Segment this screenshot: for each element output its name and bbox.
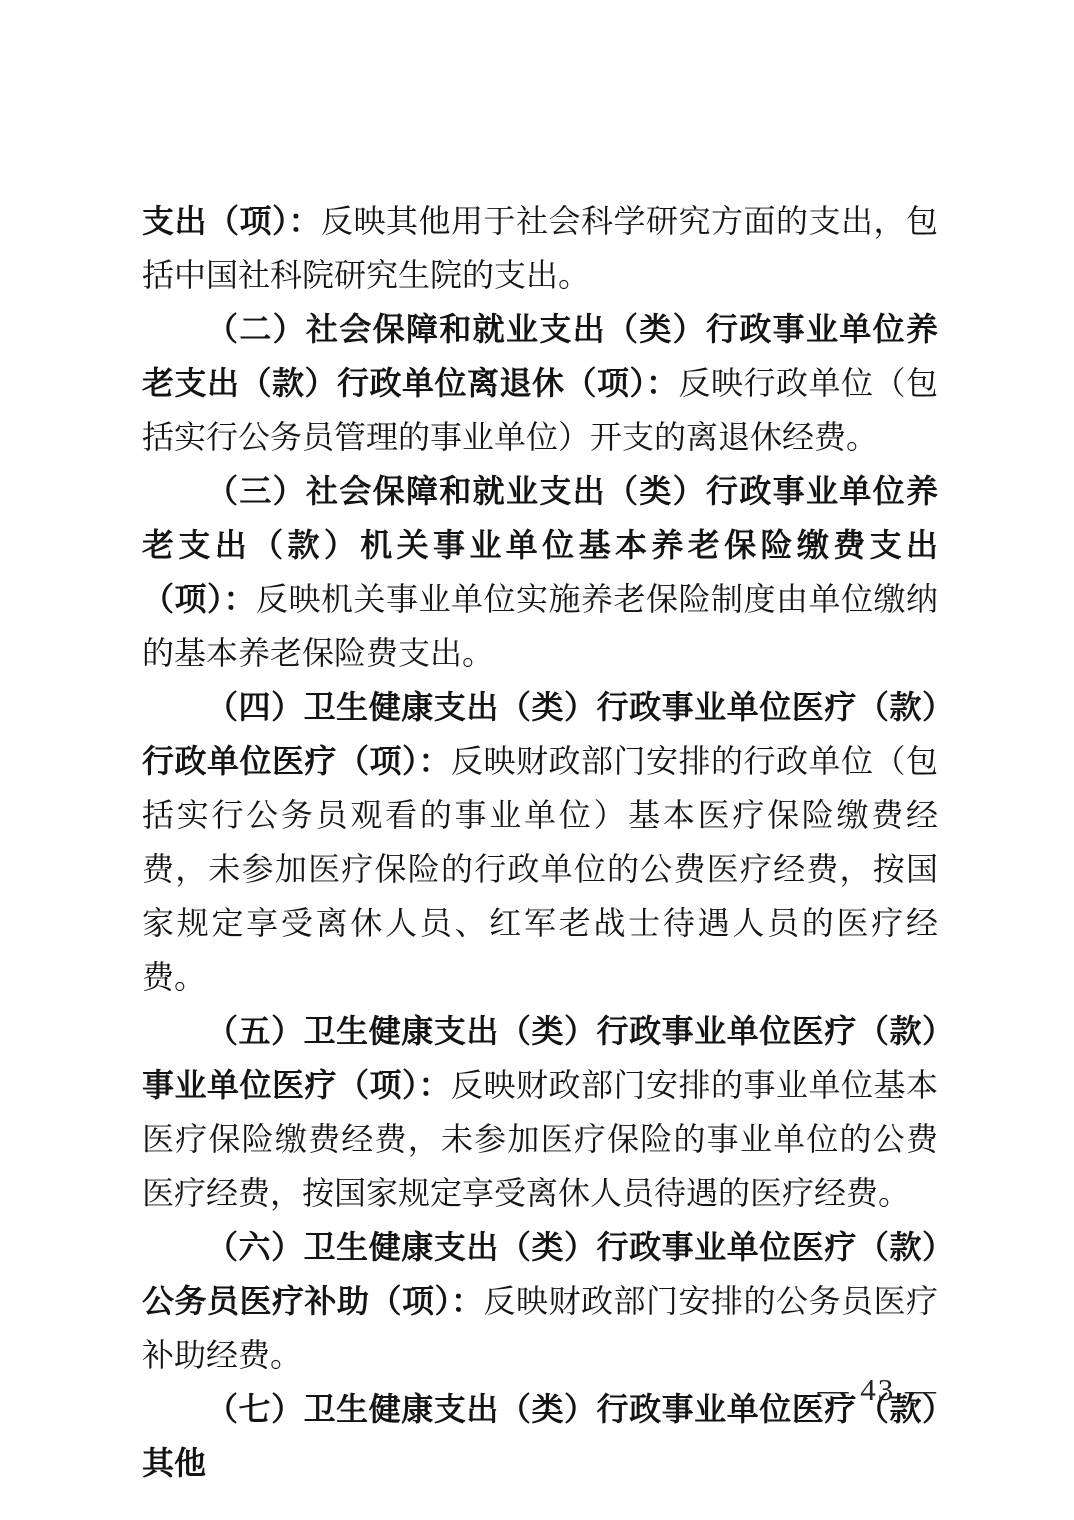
paragraph-body-text: 反映财政部门安排的行政单位（包括实行公务员观看的事业单位）基本医疗保险缴费经费，…: [142, 743, 938, 995]
paragraph-3: （三）社会保障和就业支出（类）行政事业单位养老支出（款）机关事业单位基本养老保险…: [142, 464, 938, 680]
paragraph-5: （五）卫生健康支出（类）行政事业单位医疗（款）事业单位医疗（项）：反映财政部门安…: [142, 1004, 938, 1220]
document-body: 支出（项）：反映其他用于社会科学研究方面的支出，包括中国社科院研究生院的支出。（…: [142, 194, 938, 1490]
page-footer: — 43 —: [142, 1370, 938, 1410]
paragraph-4: （四）卫生健康支出（类）行政事业单位医疗（款）行政单位医疗（项）：反映财政部门安…: [142, 680, 938, 1004]
paragraph-2: （二）社会保障和就业支出（类）行政事业单位养老支出（款）行政单位离退休（项）：反…: [142, 302, 938, 464]
paragraph-body-text: 反映机关事业单位实施养老保险制度由单位缴纳的基本养老保险费支出。: [142, 581, 938, 671]
paragraph-6: （六）卫生健康支出（类）行政事业单位医疗（款）公务员医疗补助（项）：反映财政部门…: [142, 1220, 938, 1382]
page-number: — 43 —: [818, 1372, 939, 1407]
paragraph-heading-text: 支出（项）：: [142, 203, 321, 239]
paragraph-1: 支出（项）：反映其他用于社会科学研究方面的支出，包括中国社科院研究生院的支出。: [142, 194, 938, 302]
document-page: 支出（项）：反映其他用于社会科学研究方面的支出，包括中国社科院研究生院的支出。（…: [0, 0, 1074, 1520]
